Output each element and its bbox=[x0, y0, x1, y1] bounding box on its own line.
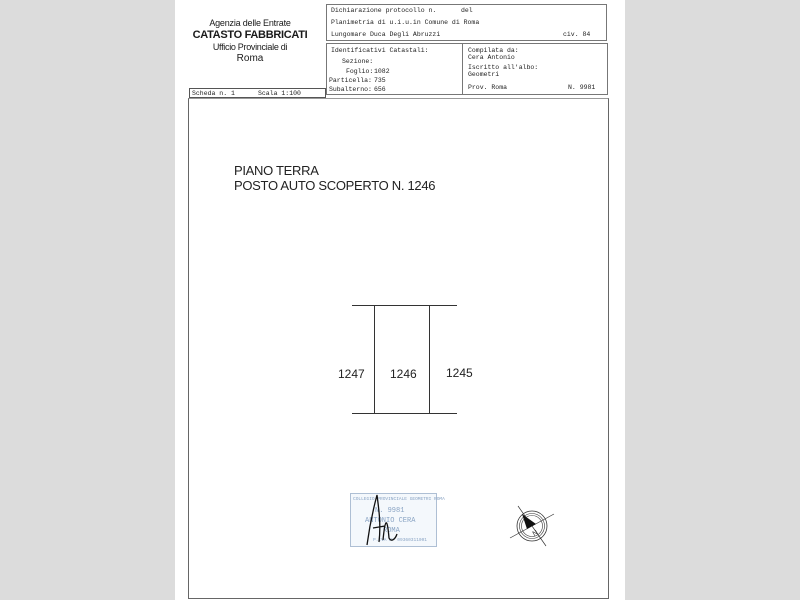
sheet-scale: Scala 1:100 bbox=[258, 90, 301, 97]
agency-city: Roma bbox=[190, 53, 310, 64]
civic-number: civ. 84 bbox=[563, 31, 590, 38]
agency-header: Agenzia delle Entrate CATASTO FABBRICATI… bbox=[190, 18, 310, 64]
foglio-label: Foglio: bbox=[346, 68, 373, 75]
register-value: Geometri bbox=[468, 71, 499, 78]
subalterno-value: 656 bbox=[374, 86, 386, 93]
date-label: del bbox=[461, 7, 473, 14]
declaration-box: Dichiarazione protocollo n. del Planimet… bbox=[326, 4, 607, 41]
particella-value: 735 bbox=[374, 77, 386, 84]
agency-name: Agenzia delle Entrate bbox=[190, 18, 310, 28]
drawing-title: PIANO TERRA POSTO AUTO SCOPERTO N. 1246 bbox=[234, 163, 435, 193]
compiled-label: Compilata da: bbox=[468, 47, 519, 54]
address-text: Lungomare Duca Degli Abruzzi bbox=[331, 31, 440, 38]
lot-current: 1246 bbox=[390, 367, 417, 381]
plan-right-line bbox=[429, 305, 430, 414]
province: Prov. Roma bbox=[468, 84, 507, 91]
planimetry-text: Planimetria di u.i.u.in Comune di Roma bbox=[331, 19, 479, 26]
compiler-box: Compilata da: Cera Antonio Iscritto all'… bbox=[462, 43, 608, 95]
register-label: Iscritto all'albo: bbox=[468, 64, 538, 71]
unit-label: POSTO AUTO SCOPERTO N. 1246 bbox=[234, 178, 435, 193]
plan-top-line bbox=[352, 305, 457, 306]
plan-left-line bbox=[374, 305, 375, 414]
protocol-label: Dichiarazione protocollo n. bbox=[331, 7, 436, 14]
sheet-number: Scheda n. 1 bbox=[192, 90, 235, 97]
agency-office: Ufficio Provinciale di bbox=[190, 42, 310, 52]
agency-department: CATASTO FABBRICATI bbox=[190, 29, 310, 41]
professional-stamp: COLLEGIO PROVINCIALE GEOMETRI ROMA N. 99… bbox=[350, 493, 437, 547]
subalterno-label: Subalterno: bbox=[329, 86, 372, 93]
register-number: N. 9981 bbox=[568, 84, 595, 91]
north-compass-icon: N bbox=[508, 502, 556, 550]
lot-left: 1247 bbox=[338, 367, 365, 381]
signature-icon bbox=[359, 490, 399, 548]
sheet-info: Scheda n. 1 Scala 1:100 bbox=[189, 88, 326, 98]
lot-right: 1245 bbox=[446, 366, 473, 380]
foglio-value: 1082 bbox=[374, 68, 390, 75]
particella-label: Particella: bbox=[329, 77, 372, 84]
floor-label: PIANO TERRA bbox=[234, 163, 435, 178]
compiler-name: Cera Antonio bbox=[468, 54, 515, 61]
sezione-label: Sezione: bbox=[342, 58, 373, 65]
cadastral-identifiers-box: Identificativi Catastali: Sezione: Fogli… bbox=[326, 43, 463, 95]
parking-plan bbox=[352, 305, 458, 415]
cadastral-title: Identificativi Catastali: bbox=[331, 47, 429, 54]
plan-bottom-line bbox=[352, 413, 457, 414]
